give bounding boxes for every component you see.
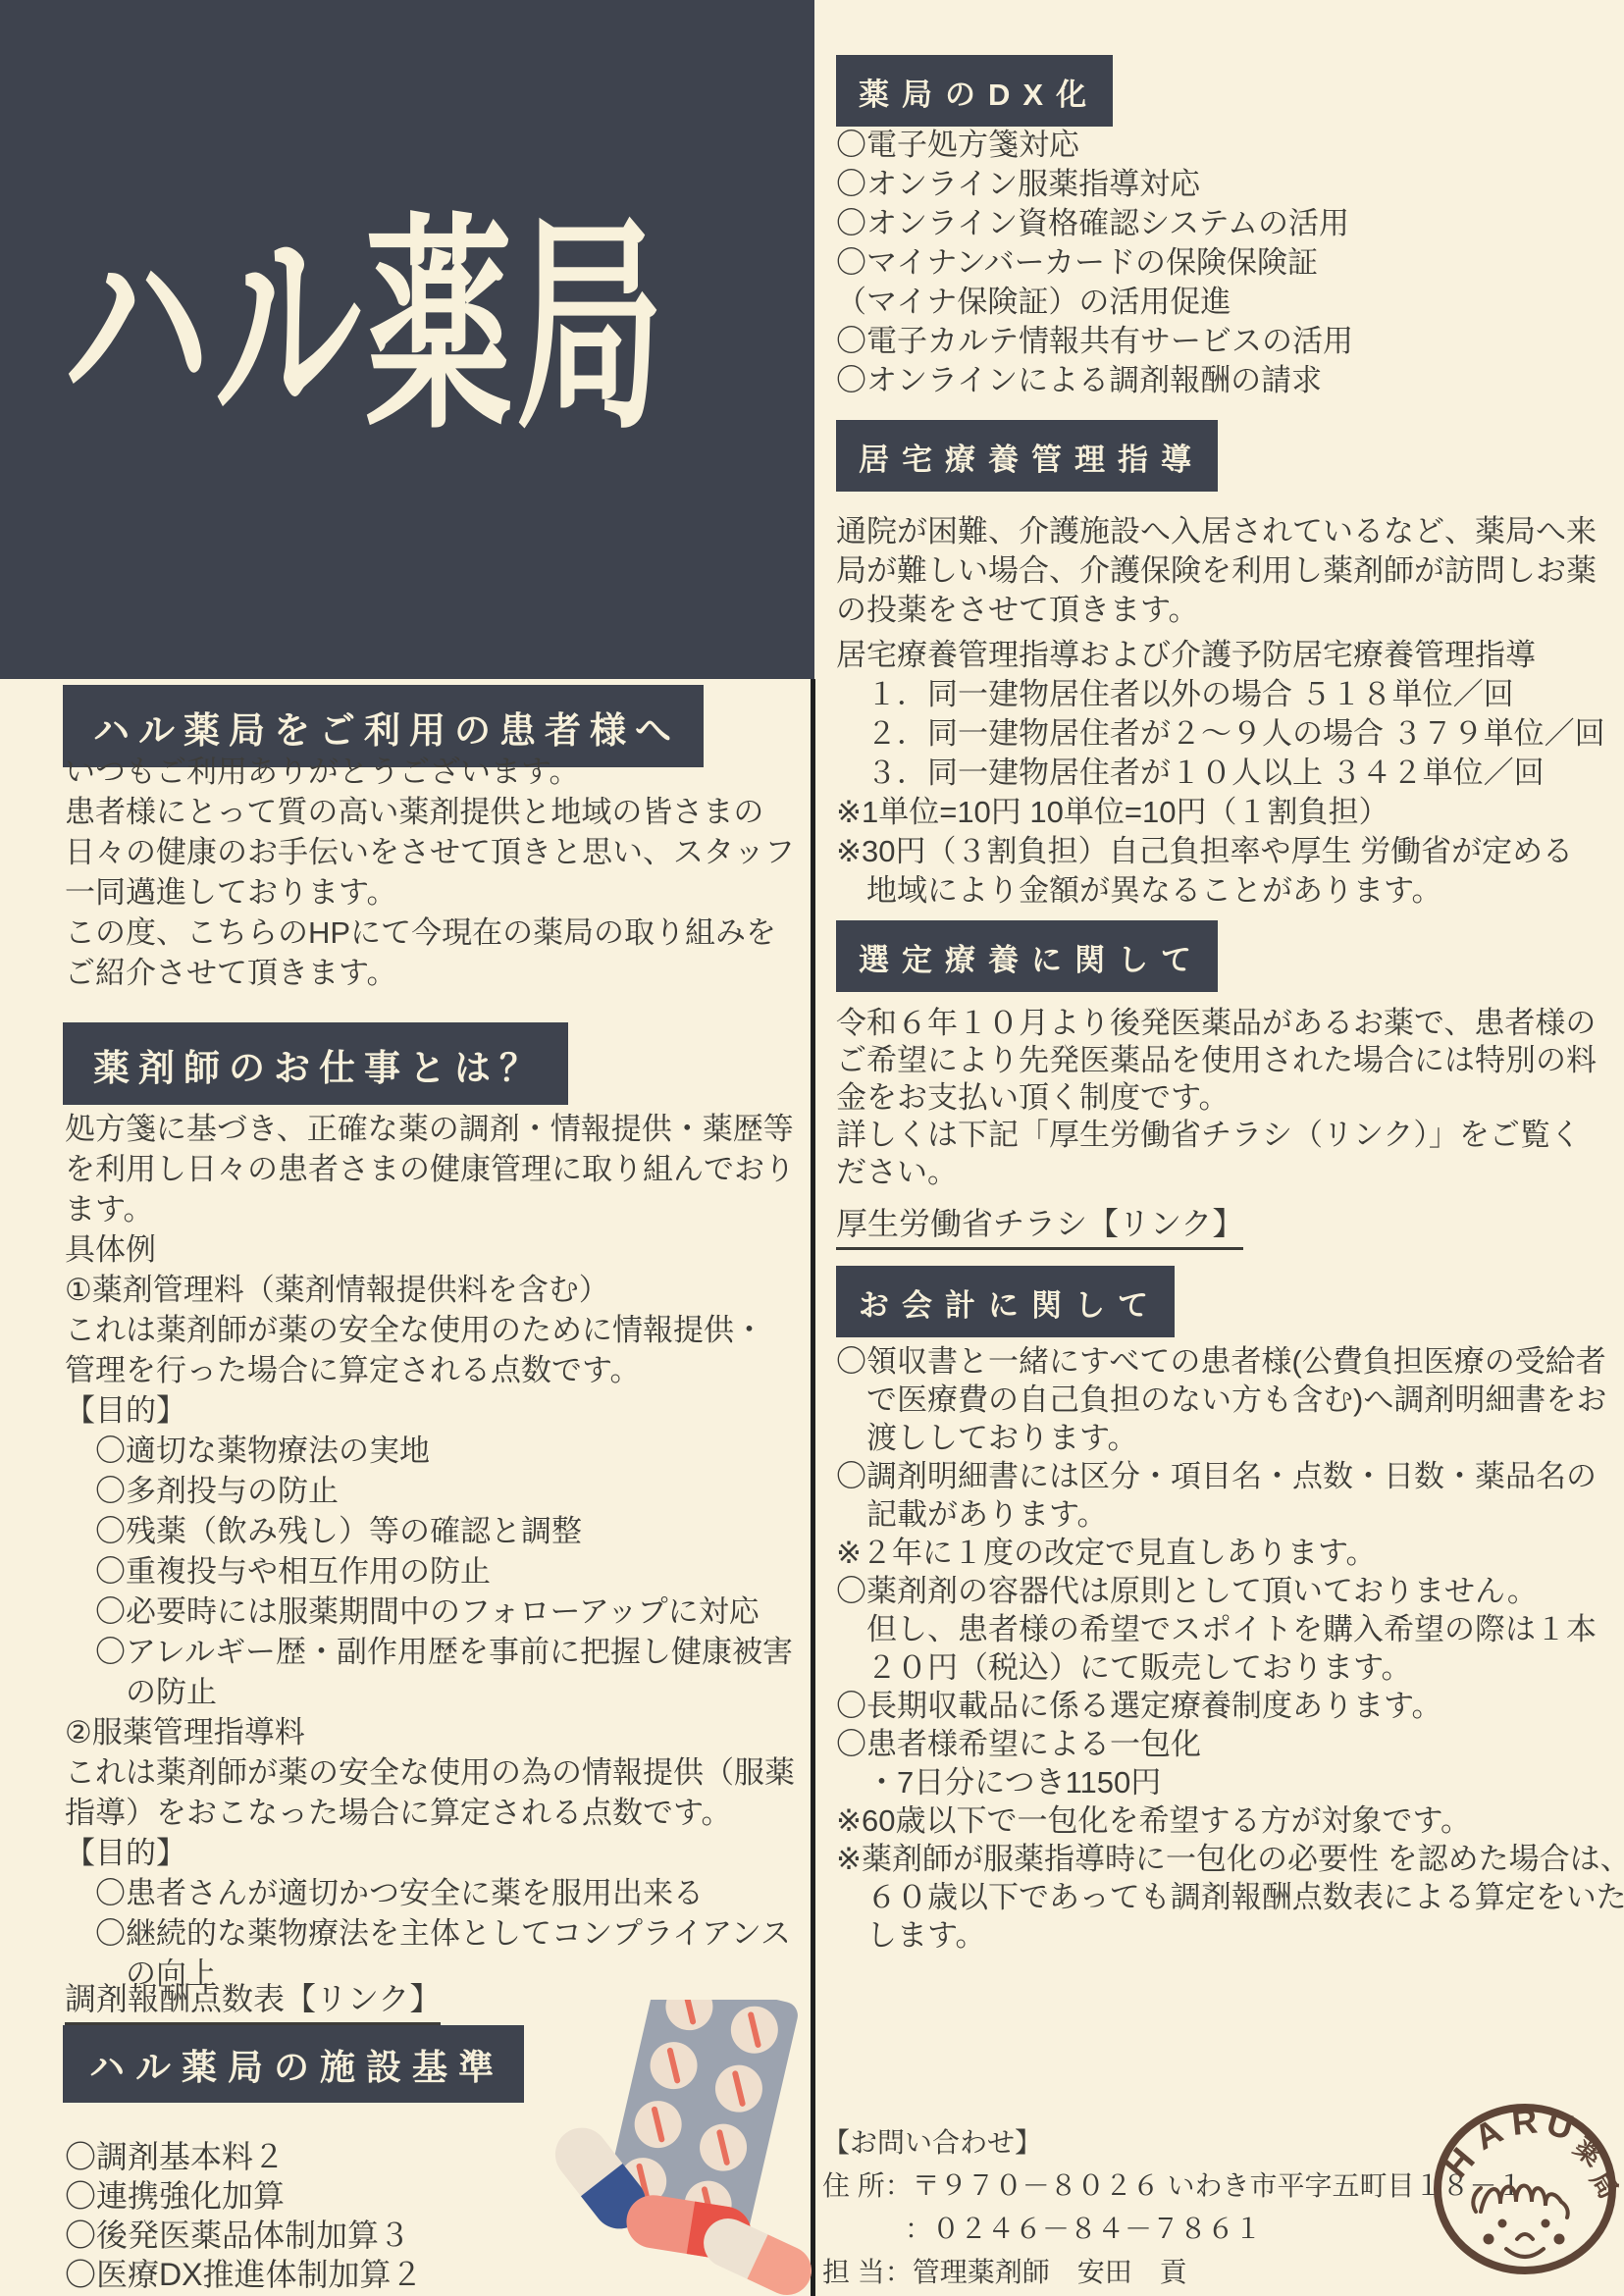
list-item: 〇適切な薬物療法の実地 [65, 1431, 795, 1471]
list-item: （マイナ保険証）の活用促進 [836, 283, 1353, 322]
facility-section-header: ハル薬局の施設基準 [63, 2025, 524, 2103]
text-line: 日々の健康のお手伝いをさせて頂きと思い、スタッフ [65, 832, 795, 872]
pharmacy-title: ハル薬局 [63, 143, 667, 472]
text-line: 金をお支払い頂く制度です。 [836, 1079, 1597, 1117]
hero-panel: ハル薬局 [0, 0, 814, 679]
stamp-face-dots [1484, 2219, 1565, 2245]
list-item: の防止 [65, 1672, 795, 1712]
list-item: ２０円（税込）にて販売しております。 [836, 1648, 1624, 1687]
text-line: を利用し日々の患者さまの健康管理に取り組んでおり [65, 1149, 795, 1189]
greeting-text: いつもご利用ありがとうございます。 患者様にとって質の高い薬剤提供と地域の皆さま… [65, 752, 795, 993]
svg-text:薬: 薬 [1568, 2132, 1607, 2171]
payment-header-label: お会計に関して [836, 1266, 1175, 1337]
list-item: 〇オンラインによる調剤報酬の請求 [836, 361, 1353, 400]
text-line: これは薬剤師が薬の安全な使用のために情報提供・ [65, 1310, 795, 1350]
mhlw-flyer-link[interactable]: 厚生労働省チラシ【リンク】 [836, 1199, 1243, 1250]
list-item: ３．同一建物居住者が１０人以上 ３４２単位／回 [836, 754, 1605, 793]
list-item: 〇領収書と一緒にすべての患者様(公費負担医療の受給者 [836, 1342, 1624, 1381]
note-line: ※30円（３割負担）自己負担率や厚生 労働省が定める [836, 832, 1605, 871]
text-line: ご希望により先発医薬品を使用された場合には特別の料 [836, 1042, 1597, 1079]
dx-section-header: 薬局のDX化 [836, 55, 1113, 127]
text-line: ご紹介させて頂きます。 [65, 953, 795, 993]
text-line: 【目的】 [65, 1833, 795, 1873]
flyer-page: ハル薬局 ハル薬局をご利用の患者様へ いつもご利用ありがとうございます。 患者様… [0, 0, 1624, 2296]
mhlw-link-wrap: 厚生労働省チラシ【リンク】 [836, 1199, 1243, 1250]
contact-address: 住 所：〒９７０－８０２６ いわき市平字五町目１８－１ [822, 2165, 1525, 2208]
list-item: 〇連携強化加算 [65, 2176, 422, 2216]
payment-list: 〇領収書と一緒にすべての患者様(公費負担医療の受給者 で医療費の自己負担のない方… [836, 1342, 1624, 1955]
list-item: 〇後発医薬品体制加算３ [65, 2216, 422, 2255]
text-line: 指導）をおこなった場合に算定される点数です。 [65, 1793, 795, 1833]
text-line: ①薬剤管理料（薬剤情報提供料を含む） [65, 1270, 795, 1310]
dispensing-fee-link-wrap: 調剤報酬点数表【リンク】 [65, 1974, 441, 2025]
list-item: 〇患者様希望による一包化 [836, 1725, 1624, 1763]
list-item: 〇薬剤剤の容器代は原則として頂いておりません。 [836, 1572, 1624, 1610]
list-item: ・7日分につき1150円 [836, 1763, 1624, 1801]
list-item: 〇残薬（飲み残し）等の確認と調整 [65, 1511, 795, 1551]
list-item: 〇長期収載品に係る選定療養制度あります。 [836, 1687, 1624, 1725]
text-line: 局が難しい場合、介護保険を利用し薬剤師が訪問しお薬 [836, 551, 1597, 591]
list-item: 但し、患者様の希望でスポイトを購入希望の際は１本 [836, 1610, 1624, 1648]
work-section-header: 薬剤師のお仕事とは？ [63, 1022, 568, 1105]
note-line: します。 [836, 1916, 1624, 1955]
homecare-details: 居宅療養管理指導および介護予防居宅療養管理指導 １．同一建物居住者以外の場合 ５… [836, 636, 1605, 911]
list-item: 〇必要時には服薬期間中のフォローアップに対応 [65, 1592, 795, 1632]
list-item: 渡ししております。 [836, 1419, 1624, 1457]
dispensing-fee-table-link[interactable]: 調剤報酬点数表【リンク】 [65, 1974, 441, 2025]
list-item: で医療費の自己負担のない方も含む)へ調剤明細書をお [836, 1381, 1624, 1419]
note-line: ※60歳以下で一包化を希望する方が対象です。 [836, 1801, 1624, 1840]
contact-block: 【お問い合わせ】 住 所：〒９７０－８０２６ いわき市平字五町目１８－１ ：０２… [822, 2121, 1525, 2294]
list-item: 〇多剤投与の防止 [65, 1471, 795, 1511]
list-item: 〇電子カルテ情報共有サービスの活用 [836, 322, 1353, 361]
text-line: 具体例 [65, 1229, 795, 1270]
contact-phone: ：０２４６－８４－７８６１ [822, 2208, 1525, 2251]
note-line: ６０歳以下であっても調剤報酬点数表による算定をいた [836, 1878, 1624, 1916]
text-line: 詳しくは下記「厚生労働省チラシ（リンク）」をご覧く [836, 1117, 1597, 1154]
dx-header-label: 薬局のDX化 [836, 55, 1113, 127]
stamp-face-icon [1473, 2186, 1567, 2258]
text-line: 令和６年１０月より後発医薬品があるお薬で、患者様の [836, 1005, 1597, 1042]
text-line: いつもご利用ありがとうございます。 [65, 752, 795, 792]
list-item: 〇調剤明細書には区分・項目名・点数・日数・薬品名の [836, 1457, 1624, 1495]
haru-pharmacy-stamp-logo: H A R U 薬 局 [1431, 2100, 1619, 2278]
homecare-header-label: 居宅療養管理指導 [836, 420, 1218, 492]
text-line: 通院が困難、介護施設へ入居されているなど、薬局へ来 [836, 512, 1597, 551]
text-line: ②服薬管理指導料 [65, 1712, 795, 1752]
list-item: 〇調剤基本料２ [65, 2137, 422, 2176]
svg-text:R: R [1510, 2100, 1540, 2142]
list-item: 記載があります。 [836, 1495, 1624, 1534]
text-line: 一同邁進しております。 [65, 872, 795, 913]
list-item: 〇医療DX推進体制加算２ [65, 2255, 422, 2294]
contact-title: 【お問い合わせ】 [822, 2121, 1525, 2165]
medicine-illustration [530, 2000, 812, 2296]
list-item: 〇継続的な薬物療法を主体としてコンプライアンス [65, 1913, 795, 1954]
list-item: 〇重複投与や相互作用の防止 [65, 1551, 795, 1592]
text-line: 患者様にとって質の高い薬剤提供と地域の皆さまの [65, 792, 795, 832]
text-line: 処方箋に基づき、正確な薬の調剤・情報提供・薬歴等 [65, 1109, 795, 1149]
text-line: 管理を行った場合に算定される点数です。 [65, 1350, 795, 1390]
text-line: ます。 [65, 1189, 795, 1229]
facility-header-label: ハル薬局の施設基準 [63, 2025, 524, 2103]
list-item: 〇電子処方箋対応 [836, 126, 1353, 165]
note-line: ※薬剤師が服薬指導時に一包化の必要性 を認めた場合は、 [836, 1840, 1624, 1878]
list-item: 〇マイナンバーカードの保険保険証 [836, 243, 1353, 283]
svg-text:H: H [1436, 2140, 1483, 2185]
text-line: ださい。 [836, 1154, 1597, 1191]
sentei-paragraph: 令和６年１０月より後発医薬品があるお薬で、患者様の ご希望により先発医薬品を使用… [836, 1005, 1597, 1191]
text-line: この度、こちらのHPにて今現在の薬局の取り組みを [65, 913, 795, 953]
list-item: 〇患者さんが適切かつ安全に薬を服用出来る [65, 1873, 795, 1913]
list-item: 〇オンライン資格確認システムの活用 [836, 204, 1353, 243]
text-line: 居宅療養管理指導および介護予防居宅療養管理指導 [836, 636, 1605, 675]
text-line: 【目的】 [65, 1390, 795, 1431]
text-line: の投薬をさせて頂きます。 [836, 591, 1597, 630]
contact-staff: 担 当：管理薬剤師 安田 貢 [822, 2251, 1525, 2294]
note-line: ※1単位=10円 10単位=10円（１割負担） [836, 793, 1605, 832]
text-line: これは薬剤師が薬の安全な使用の為の情報提供（服薬 [65, 1752, 795, 1793]
payment-section-header: お会計に関して [836, 1266, 1175, 1337]
svg-text:A: A [1468, 2111, 1509, 2158]
note-line: 地域により金額が異なることがあります。 [836, 871, 1605, 911]
facility-list: 〇調剤基本料２ 〇連携強化加算 〇後発医薬品体制加算３ 〇医療DX推進体制加算２ [65, 2137, 422, 2294]
homecare-section-header: 居宅療養管理指導 [836, 420, 1218, 492]
note-line: ※２年に１度の改定で見直しあります。 [836, 1534, 1624, 1572]
sentei-header-label: 選定療養に関して [836, 920, 1218, 992]
dx-list: 〇電子処方箋対応 〇オンライン服薬指導対応 〇オンライン資格確認システムの活用 … [836, 126, 1353, 400]
sentei-section-header: 選定療養に関して [836, 920, 1218, 992]
work-text: 処方箋に基づき、正確な薬の調剤・情報提供・薬歴等 を利用し日々の患者さまの健康管… [65, 1109, 795, 1994]
work-header-label: 薬剤師のお仕事とは？ [63, 1022, 568, 1105]
list-item: 〇アレルギー歴・副作用歴を事前に把握し健康被害 [65, 1632, 795, 1672]
homecare-paragraph: 通院が困難、介護施設へ入居されているなど、薬局へ来 局が難しい場合、介護保険を利… [836, 512, 1597, 630]
list-item: 〇オンライン服薬指導対応 [836, 165, 1353, 204]
list-item: １．同一建物居住者以外の場合 ５１８単位／回 [836, 675, 1605, 714]
list-item: ２．同一建物居住者が２～９人の場合 ３７９単位／回 [836, 714, 1605, 754]
